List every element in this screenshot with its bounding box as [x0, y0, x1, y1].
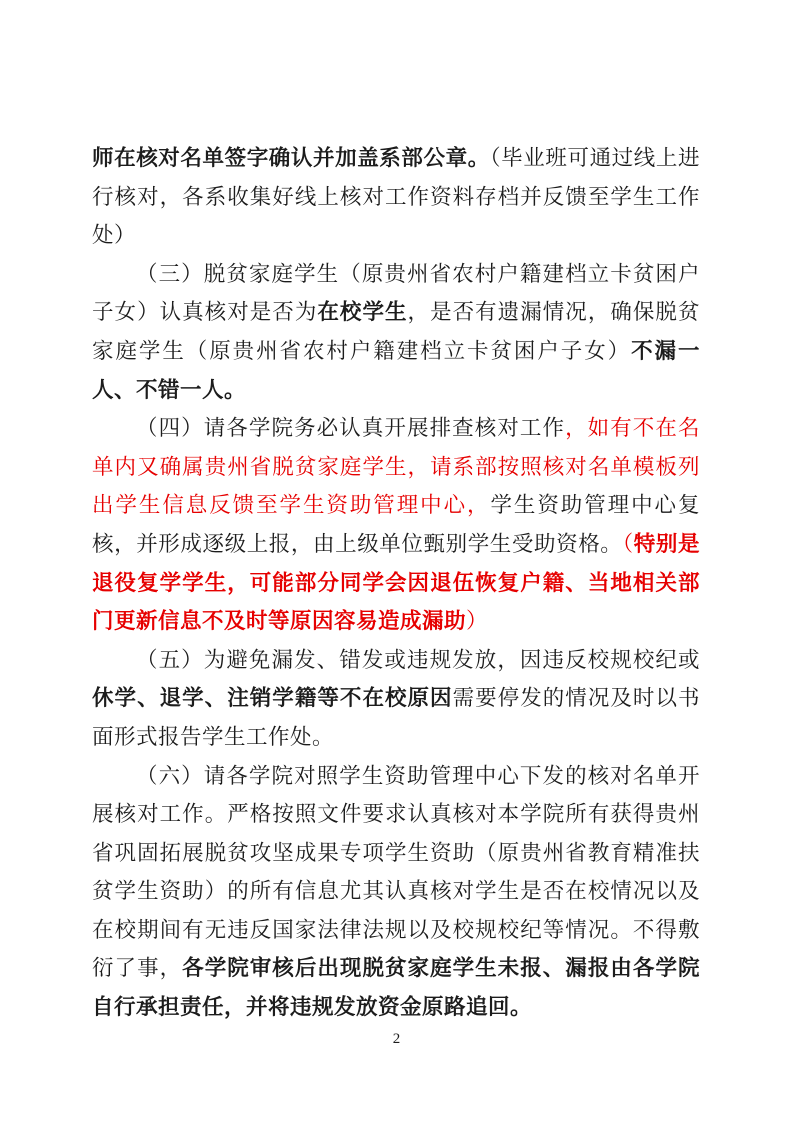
- text-run: 在校学生: [317, 300, 407, 324]
- document-body: 师在核对名单签字确认并加盖系部公章。（毕业班可通过线上进行核对，各系收集好线上核…: [92, 139, 700, 1027]
- text-run: （四）请各学院务必认真开展排查核对工作: [136, 416, 565, 440]
- paragraph-item-5: （五）为避免漏发、错发或违规发放，因违反校规校纪或休学、退学、注销学籍等不在校原…: [92, 641, 700, 757]
- text-run: （六）请各学院对照学生资助管理中心下发的核对名单开展核对工作。严格按照文件要求认…: [92, 764, 700, 981]
- text-run: ）: [466, 609, 488, 633]
- text-run: 师在核对名单签字确认并加盖系部公章。: [92, 146, 490, 170]
- paragraph-item-4: （四）请各学院务必认真开展排查核对工作，如有不在名单内又确属贵州省脱贫家庭学生，…: [92, 409, 700, 641]
- text-run: （五）为避免漏发、错发或违规发放，因违反校规校纪或: [136, 648, 700, 672]
- page-footer: 2: [0, 1031, 793, 1048]
- paragraph-continuation: 师在核对名单签字确认并加盖系部公章。（毕业班可通过线上进行核对，各系收集好线上核…: [92, 139, 700, 255]
- paragraph-item-3: （三）脱贫家庭学生（原贵州省农村户籍建档立卡贫困户子女）认真核对是否为在校学生，…: [92, 255, 700, 409]
- text-run: （: [622, 532, 633, 556]
- text-run: 休学、退学、注销学籍等不在校原因: [92, 686, 453, 710]
- text-run: 各学院审核后出现脱贫家庭学生未报、漏报由各学院自行承担责任，并将违规发放资金原路…: [92, 956, 700, 1019]
- document-page: 师在核对名单签字确认并加盖系部公章。（毕业班可通过线上进行核对，各系收集好线上核…: [0, 0, 793, 1122]
- page-number: 2: [393, 1031, 401, 1047]
- paragraph-item-6: （六）请各学院对照学生资助管理中心下发的核对名单开展核对工作。严格按照文件要求认…: [92, 757, 700, 1027]
